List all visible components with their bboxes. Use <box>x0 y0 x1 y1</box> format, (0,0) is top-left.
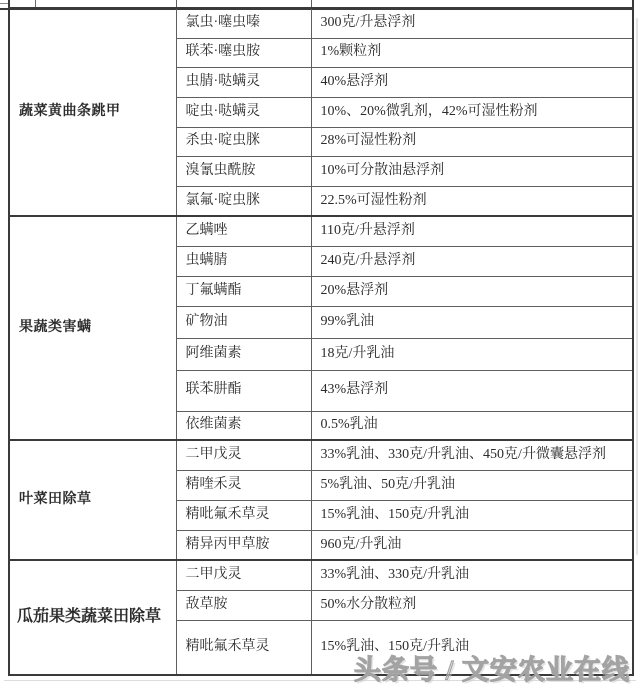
pesticide-table: 蔬菜黄曲条跳甲 氯虫·噻虫嗪 300克/升悬浮剂 联苯·噻虫胺 1%颗粒剂 虫腈… <box>8 0 634 676</box>
pesticide-name-cell: 杀虫·啶虫脒 <box>176 127 311 156</box>
formulation-cell: 15%乳油、150克/升乳油 <box>311 500 633 530</box>
formulation-cell: 10%可分散油悬浮剂 <box>311 156 633 186</box>
pesticide-name-cell: 乙螨唑 <box>176 216 311 246</box>
formulation-cell: 18克/升乳油 <box>311 338 633 370</box>
table-row: 瓜茄果类蔬菜田除草 二甲戊灵 33%乳油、330克/升乳油 <box>9 560 633 590</box>
formulation-cell: 300克/升悬浮剂 <box>311 8 633 38</box>
category-cell-melon-solanaceous-herbicide: 瓜茄果类蔬菜田除草 <box>9 560 176 675</box>
pesticide-name-cell: 精喹禾灵 <box>176 470 311 500</box>
table-row: 叶菜田除草 二甲戊灵 33%乳油、330克/升乳油、450克/升微囊悬浮剂 <box>9 440 633 470</box>
formulation-cell: 33%乳油、330克/升乳油、450克/升微囊悬浮剂 <box>311 440 633 470</box>
pesticide-name-cell: 联苯肼酯 <box>176 370 311 411</box>
pesticide-name-cell: 丁氟螨酯 <box>176 276 311 306</box>
formulation-cell <box>311 0 633 8</box>
pesticide-name-cell: 精异丙甲草胺 <box>176 530 311 560</box>
category-cell-leaf-veg-herbicide: 叶菜田除草 <box>9 440 176 560</box>
category-cell-mites: 果蔬类害螨 <box>9 216 176 440</box>
page-edge-line <box>636 18 638 555</box>
formulation-cell: 43%悬浮剂 <box>311 370 633 411</box>
formulation-cell: 240克/升悬浮剂 <box>311 246 633 276</box>
table-row <box>9 0 633 8</box>
pesticide-name-cell <box>176 0 311 8</box>
table-row: 蔬菜黄曲条跳甲 氯虫·噻虫嗪 300克/升悬浮剂 <box>9 8 633 38</box>
pesticide-name-cell: 二甲戊灵 <box>176 560 311 590</box>
formulation-cell: 1%颗粒剂 <box>311 38 633 67</box>
pesticide-name-cell: 矿物油 <box>176 306 311 338</box>
pesticide-name-cell: 联苯·噻虫胺 <box>176 38 311 67</box>
pesticide-name-cell: 虫腈·哒螨灵 <box>176 67 311 97</box>
pesticide-name-cell: 精吡氟禾草灵 <box>176 500 311 530</box>
pesticide-name-cell: 依维菌素 <box>176 411 311 440</box>
formulation-cell: 22.5%可湿性粉剂 <box>311 186 633 216</box>
formulation-cell: 33%乳油、330克/升乳油 <box>311 560 633 590</box>
formulation-cell: 960克/升乳油 <box>311 530 633 560</box>
pesticide-name-cell: 敌草胺 <box>176 590 311 620</box>
pesticide-name-cell: 溴氰虫酰胺 <box>176 156 311 186</box>
pesticide-name-cell: 精吡氟禾草灵 <box>176 620 311 675</box>
previous-row-horizontal-stub <box>0 3 8 4</box>
pesticide-name-cell: 啶虫·哒螨灵 <box>176 97 311 127</box>
pesticide-name-cell: 阿维菌素 <box>176 338 311 370</box>
pesticide-name-cell: 二甲戊灵 <box>176 440 311 470</box>
watermark: 头条号 / 文安农业在线 <box>354 648 630 685</box>
formulation-cell: 28%可湿性粉剂 <box>311 127 633 156</box>
category-cell <box>9 0 176 8</box>
formulation-cell: 99%乳油 <box>311 306 633 338</box>
category-cell-flea-beetle: 蔬菜黄曲条跳甲 <box>9 8 176 216</box>
pesticide-name-cell: 虫螨腈 <box>176 246 311 276</box>
formulation-cell: 110克/升悬浮剂 <box>311 216 633 246</box>
formulation-cell: 40%悬浮剂 <box>311 67 633 97</box>
formulation-cell: 5%乳油、50克/升乳油 <box>311 470 633 500</box>
table-row: 果蔬类害螨 乙螨唑 110克/升悬浮剂 <box>9 216 633 246</box>
pesticide-name-cell: 氯氟·啶虫脒 <box>176 186 311 216</box>
formulation-cell: 50%水分散粒剂 <box>311 590 633 620</box>
formulation-cell: 10%、20%微乳剂，42%可湿性粉剂 <box>311 97 633 127</box>
pesticide-name-cell: 氯虫·噻虫嗪 <box>176 8 311 38</box>
formulation-cell: 0.5%乳油 <box>311 411 633 440</box>
formulation-cell: 20%悬浮剂 <box>311 276 633 306</box>
